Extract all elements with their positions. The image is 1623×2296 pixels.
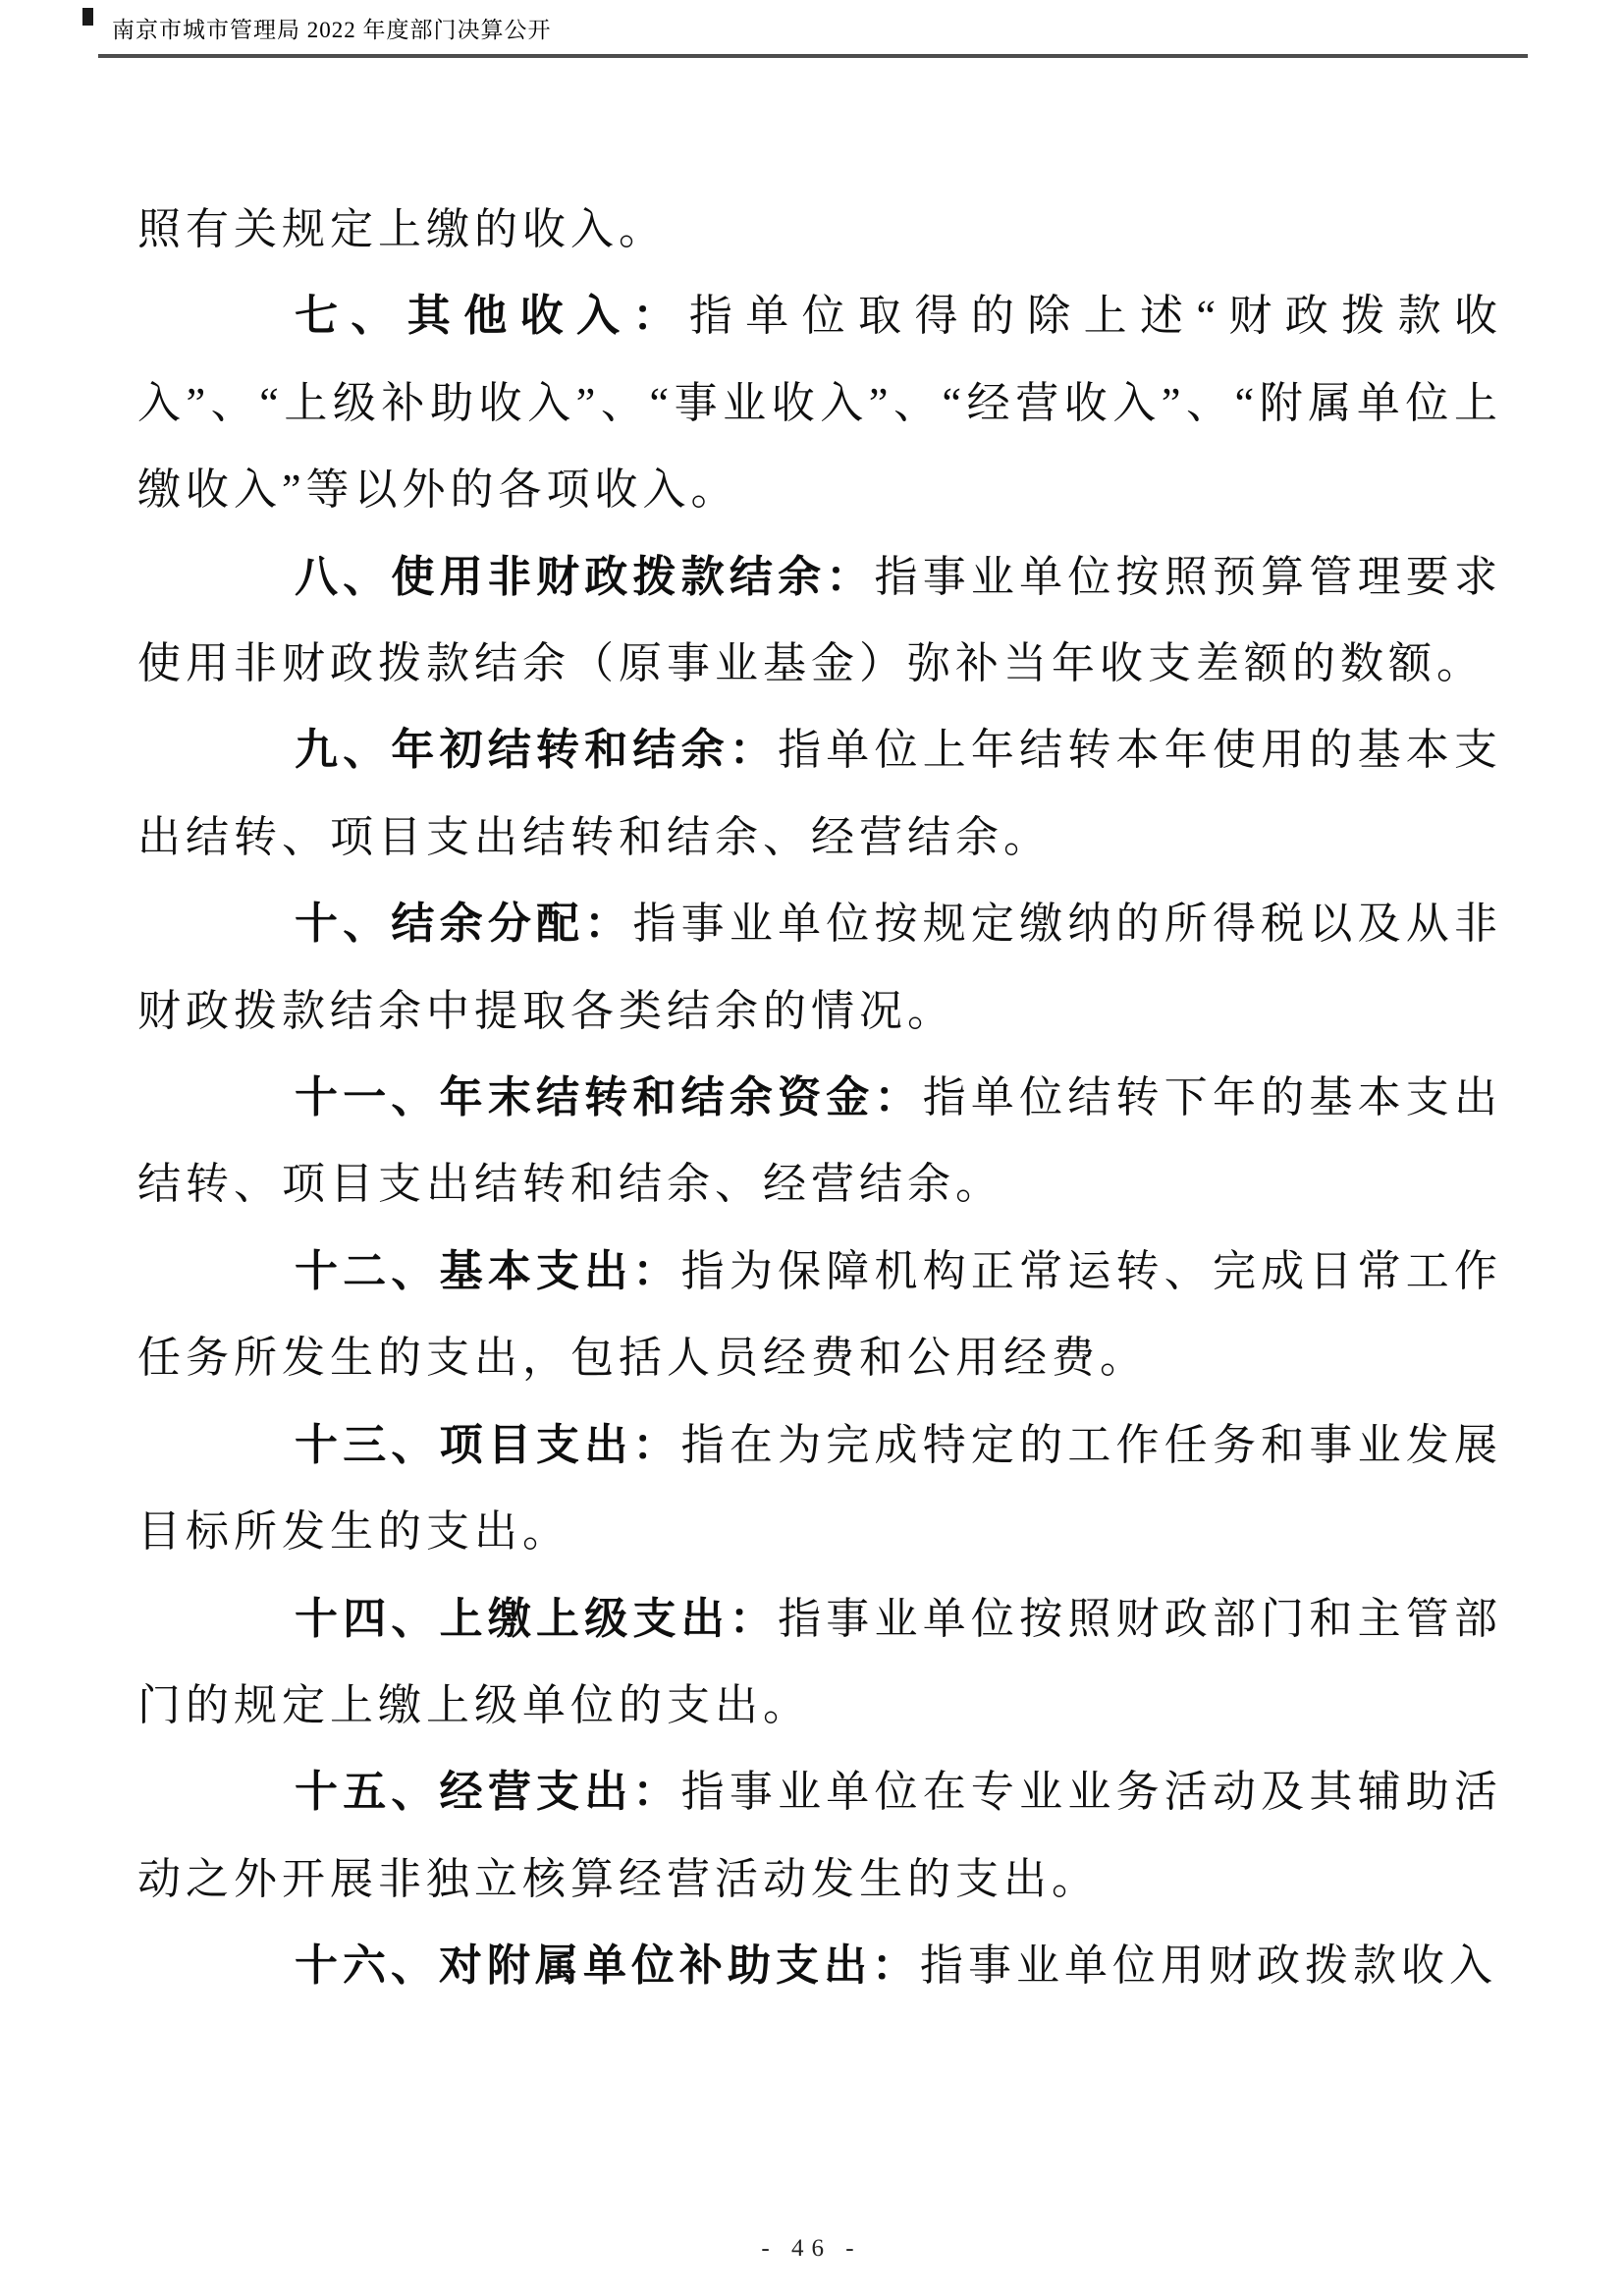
paragraph-lead: 十、结余分配： [295,900,632,948]
paragraph-item-8: 八、使用非财政拨款结余：指事业单位按照预算管理要求使用非财政拨款结余（原事业基金… [137,534,1502,708]
paragraph-item-9: 九、年初结转和结余：指单位上年结转本年使用的基本支出结转、项目支出结转和结余、经… [137,707,1502,881]
paragraph-lead: 七、其他收入： [295,292,689,340]
paragraph-item-14: 十四、上缴上级支出：指事业单位按照财政部门和主管部门的规定上缴上级单位的支出。 [137,1576,1502,1750]
paragraph-text: 指事业单位用财政拨款收入 [920,1941,1497,1990]
paragraph-lead: 十四、上缴上级支出： [295,1595,778,1643]
document-body: 照有关规定上缴的收入。 七、其他收入：指单位取得的除上述“财政拨款收入”、“上级… [137,187,1502,2010]
paragraph-item-7: 七、其他收入：指单位取得的除上述“财政拨款收入”、“上级补助收入”、“事业收入”… [137,273,1502,533]
paragraph-item-13: 十三、项目支出：指在为完成特定的工作任务和事业发展目标所发生的支出。 [137,1402,1502,1576]
paragraph-item-15: 十五、经营支出：指事业单位在专业业务活动及其辅助活动之外开展非独立核算经营活动发… [137,1749,1502,1923]
paragraph-lead: 十六、对附属单位补助支出： [295,1941,920,1990]
page-number: - 46 - [0,2235,1623,2263]
paragraph-continuation: 照有关规定上缴的收入。 [137,187,1502,273]
paragraph-lead: 十一、年末结转和结余资金： [295,1073,923,1121]
paragraph-lead: 十二、基本支出： [295,1247,681,1295]
paragraph-item-12: 十二、基本支出：指为保障机构正常运转、完成日常工作任务所发生的支出，包括人员经费… [137,1229,1502,1402]
scan-artifact-mark [82,8,93,26]
header-divider-rule [98,54,1528,58]
paragraph-item-10: 十、结余分配：指事业单位按规定缴纳的所得税以及从非财政拨款结余中提取各类结余的情… [137,881,1502,1055]
paragraph-lead: 八、使用非财政拨款结余： [295,553,875,601]
paragraph-item-11: 十一、年末结转和结余资金：指单位结转下年的基本支出结转、项目支出结转和结余、经营… [137,1055,1502,1229]
paragraph-text: 照有关规定上缴的收入。 [137,205,667,253]
paragraph-lead: 十三、项目支出： [295,1421,681,1469]
page-header-title: 南京市城市管理局 2022 年度部门决算公开 [112,12,552,44]
paragraph-item-16: 十六、对附属单位补助支出：指事业单位用财政拨款收入 [137,1923,1502,2009]
paragraph-lead: 九、年初结转和结余： [295,726,778,774]
paragraph-lead: 十五、经营支出： [295,1768,681,1816]
